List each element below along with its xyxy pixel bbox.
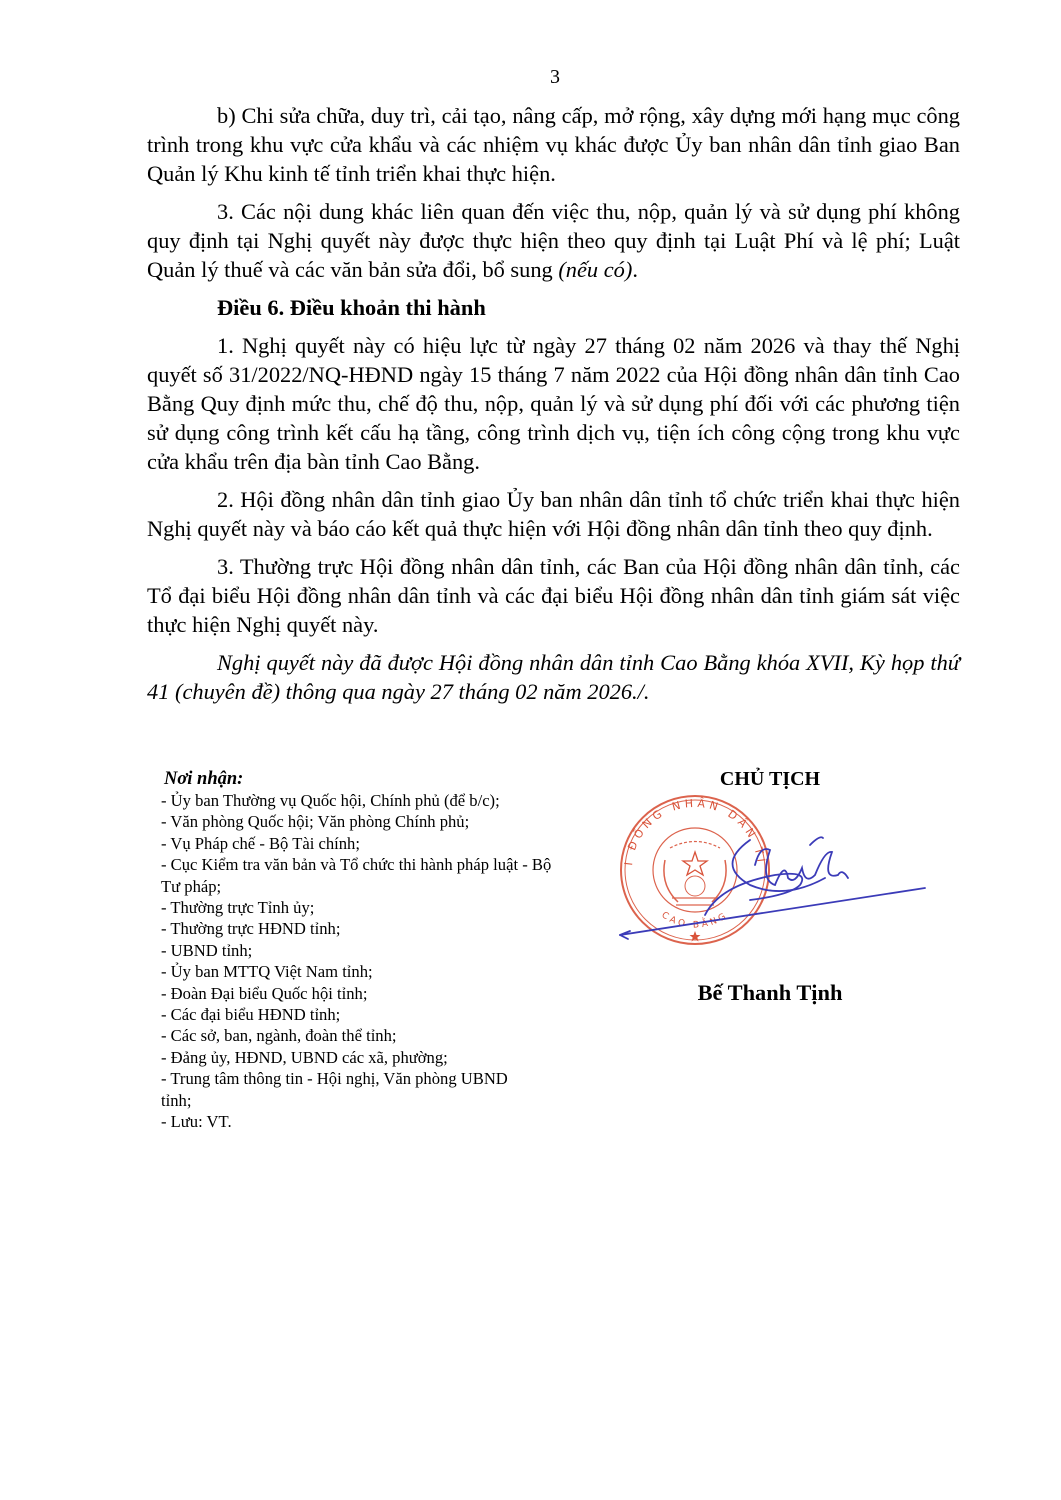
article-6-item-3: 3. Thường trực Hội đồng nhân dân tỉnh, c… xyxy=(147,552,960,639)
article-6-item-1: 1. Nghị quyết này có hiệu lực từ ngày 27… xyxy=(147,331,960,476)
recipient-item: - Ủy ban Thường vụ Quốc hội, Chính phủ (… xyxy=(161,790,581,811)
recipients-list: - Ủy ban Thường vụ Quốc hội, Chính phủ (… xyxy=(161,790,581,1133)
recipient-item: - Lưu: VT. xyxy=(161,1111,581,1132)
page-number: 3 xyxy=(0,66,1061,89)
recipient-item: - Đoàn Đại biểu Quốc hội tỉnh; xyxy=(161,983,581,1004)
recipient-item: - Vụ Pháp chế - Bộ Tài chính; xyxy=(161,833,581,854)
recipient-item: - Trung tâm thông tin - Hội nghị, Văn ph… xyxy=(161,1068,521,1111)
paragraph-3: 3. Các nội dung khác liên quan đến việc … xyxy=(147,197,960,284)
recipient-item: - Văn phòng Quốc hội; Văn phòng Chính ph… xyxy=(161,811,581,832)
paragraph-3-text: 3. Các nội dung khác liên quan đến việc … xyxy=(147,199,960,282)
document-body: b) Chi sửa chữa, duy trì, cải tạo, nâng … xyxy=(147,101,960,706)
recipients-block: Nơi nhận: - Ủy ban Thường vụ Quốc hội, C… xyxy=(161,768,581,1133)
recipient-item: - UBND tỉnh; xyxy=(161,940,581,961)
recipient-item: - Thường trực HĐND tỉnh; xyxy=(161,918,581,939)
signature-icon xyxy=(620,837,925,939)
closing-statement: Nghị quyết này đã được Hội đồng nhân dân… xyxy=(147,648,960,706)
paragraph-3-end: . xyxy=(632,257,638,282)
seal-and-signature: HỘI ĐỒNG NHÂN DÂN TỈNH CAO BẰNG xyxy=(610,790,940,950)
signer-title: CHỦ TỊCH xyxy=(700,768,840,791)
recipient-item: - Cục Kiểm tra văn bản và Tổ chức thi hà… xyxy=(161,854,556,897)
article-6-heading: Điều 6. Điều khoản thi hành xyxy=(147,293,960,322)
recipient-item: - Thường trực Tỉnh ủy; xyxy=(161,897,581,918)
paragraph-b: b) Chi sửa chữa, duy trì, cải tạo, nâng … xyxy=(147,101,960,188)
recipient-item: - Ủy ban MTTQ Việt Nam tỉnh; xyxy=(161,961,581,982)
recipient-item: - Đảng ủy, HĐND, UBND các xã, phường; xyxy=(161,1047,581,1068)
recipient-item: - Các đại biểu HĐND tỉnh; xyxy=(161,1004,581,1025)
official-seal-icon: HỘI ĐỒNG NHÂN DÂN TỈNH CAO BẰNG xyxy=(610,790,940,950)
paragraph-3-italic: (nếu có) xyxy=(558,257,632,282)
signer-name: Bế Thanh Tịnh xyxy=(660,980,880,1006)
recipients-title: Nơi nhận: xyxy=(164,768,581,790)
recipient-item: - Các sở, ban, ngành, đoàn thể tỉnh; xyxy=(161,1025,581,1046)
article-6-item-2: 2. Hội đồng nhân dân tỉnh giao Ủy ban nh… xyxy=(147,485,960,543)
